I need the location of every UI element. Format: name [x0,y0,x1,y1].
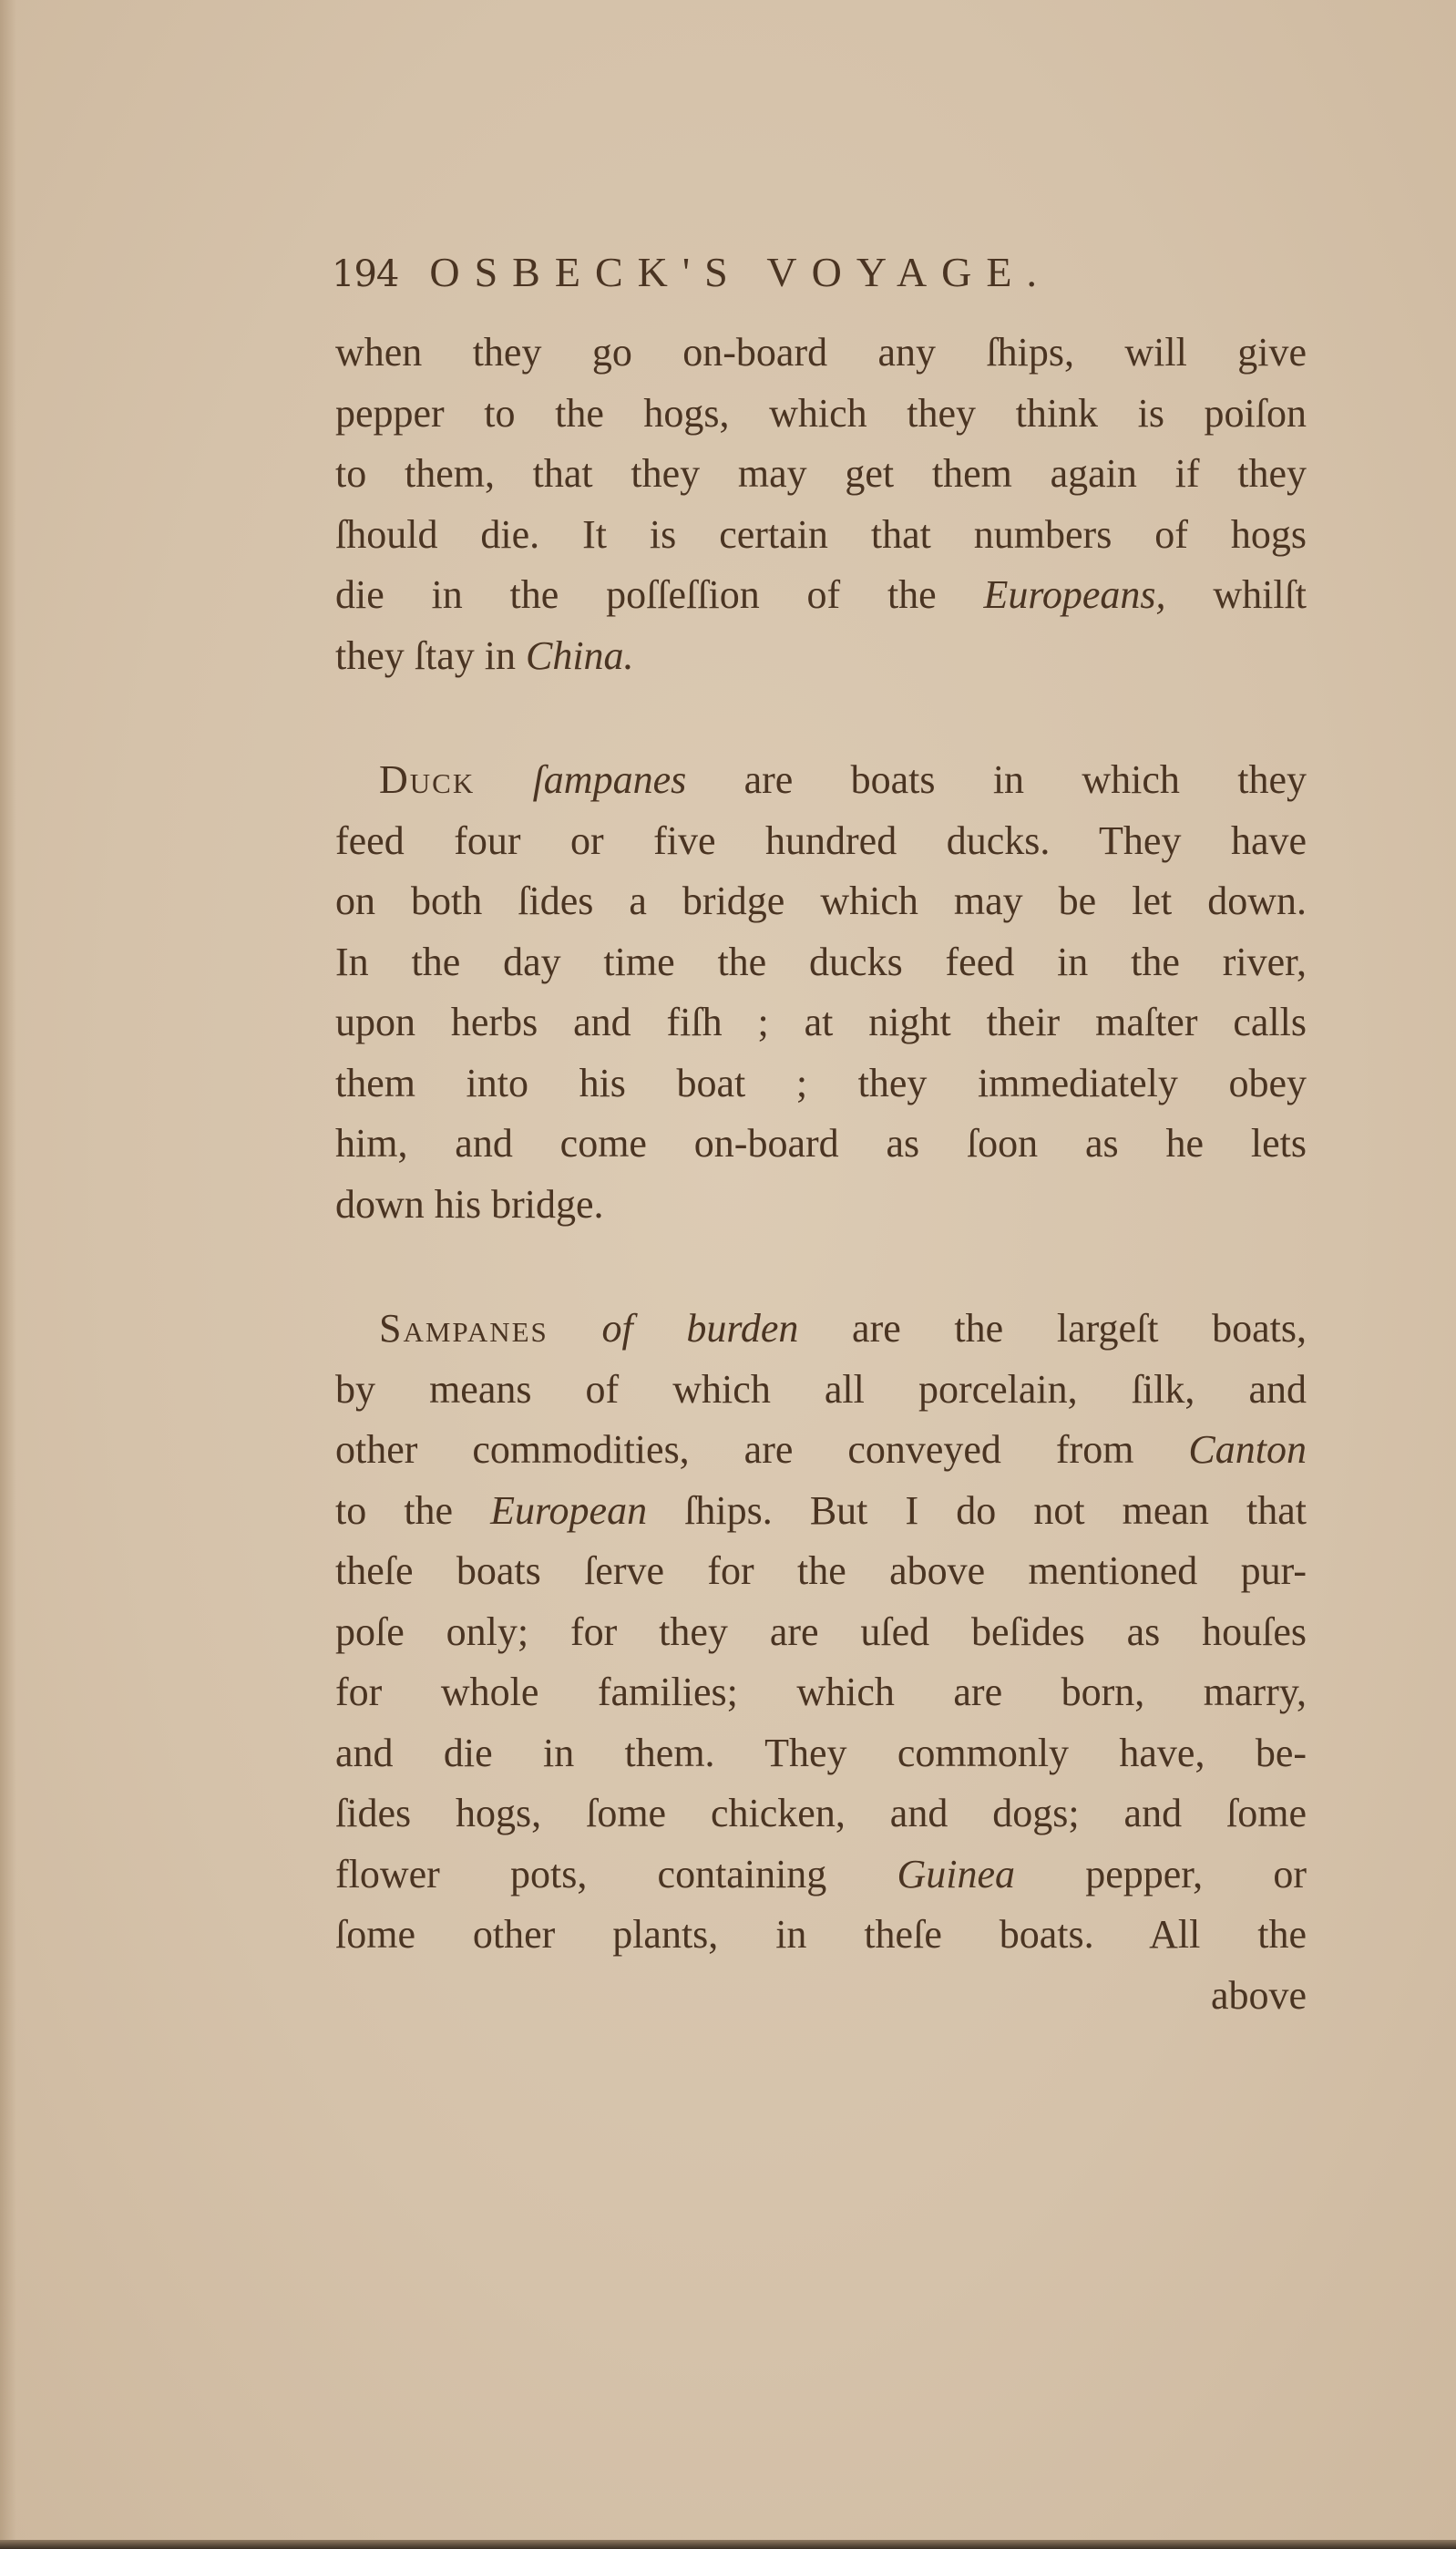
text-line: they ſtay in China. [335,626,1307,687]
running-title: OSBECK'S VOYAGE. [429,248,1051,296]
text-line: poſe only; for they are uſed beſides as … [335,1602,1307,1663]
text-line: and die in them. They commonly have, be- [335,1723,1307,1784]
text-line: for whole families; which are born, marr… [335,1662,1307,1723]
running-head: 194 OSBECK'S VOYAGE. [335,248,1307,317]
italic-text: Guinea [897,1852,1015,1896]
text-line: them into his boat ; they immediately ob… [335,1054,1307,1115]
text-line: to the European ſhips. But I do not mean… [335,1481,1307,1542]
italic-text: Canton [1188,1427,1307,1472]
text-line: ſome other plants, in theſe boats. All t… [335,1905,1307,1966]
text-line: him, and come on-board as ſoon as he let… [335,1114,1307,1175]
text-line: to them, that they may get them again if… [335,444,1307,505]
catchword: above [335,1966,1307,2027]
paragraph: Duck ſampanes are boats in which theyfee… [335,750,1307,1235]
page-gutter-shadow [0,0,16,2549]
italic-text: European [490,1488,647,1533]
text-line: Sampanes of burden are the largeſt boats… [335,1299,1307,1360]
small-caps-text: Duck [379,757,475,802]
page-number: 194 [332,253,398,295]
text-line: other commodities, are conveyed from Can… [335,1420,1307,1481]
text-line: when they go on-board any ſhips, will gi… [335,323,1307,384]
paragraph-gap [335,1235,1307,1299]
italic-text: China. [526,633,634,678]
body-text: when they go on-board any ſhips, will gi… [335,323,1307,1966]
text-line: ſides hogs, ſome chicken, and dogs; and … [335,1783,1307,1845]
text-line: flower pots, containing Guinea pepper, o… [335,1845,1307,1906]
text-line: by means of which all porcelain, ſilk, a… [335,1360,1307,1421]
text-line: down his bridge. [335,1175,1307,1236]
text-line: feed four or five hundred ducks. They ha… [335,811,1307,872]
italic-text: of burden [601,1306,798,1351]
text-line: theſe boats ſerve for the above mentione… [335,1541,1307,1602]
paragraph: when they go on-board any ſhips, will gi… [335,323,1307,686]
text-line: In the day time the ducks feed in the ri… [335,932,1307,993]
text-line: die in the poſſeſſion of the Europeans, … [335,565,1307,626]
italic-text: Europeans, [984,572,1166,617]
small-caps-text: Sampanes [379,1306,549,1351]
italic-text: ſampanes [533,757,687,802]
page-bottom-edge [0,2540,1456,2549]
text-line: upon herbs and fiſh ; at night their maſ… [335,992,1307,1054]
text-line: Duck ſampanes are boats in which they [335,750,1307,811]
book-page: 194 OSBECK'S VOYAGE. when they go on-boa… [0,0,1456,2549]
text-line: pepper to the hogs, which they think is … [335,384,1307,445]
text-block: 194 OSBECK'S VOYAGE. when they go on-boa… [335,248,1307,2026]
text-line: on both ſides a bridge which may be let … [335,871,1307,932]
paragraph: Sampanes of burden are the largeſt boats… [335,1299,1307,1966]
text-line: ſhould die. It is certain that numbers o… [335,505,1307,566]
paragraph-gap [335,686,1307,750]
